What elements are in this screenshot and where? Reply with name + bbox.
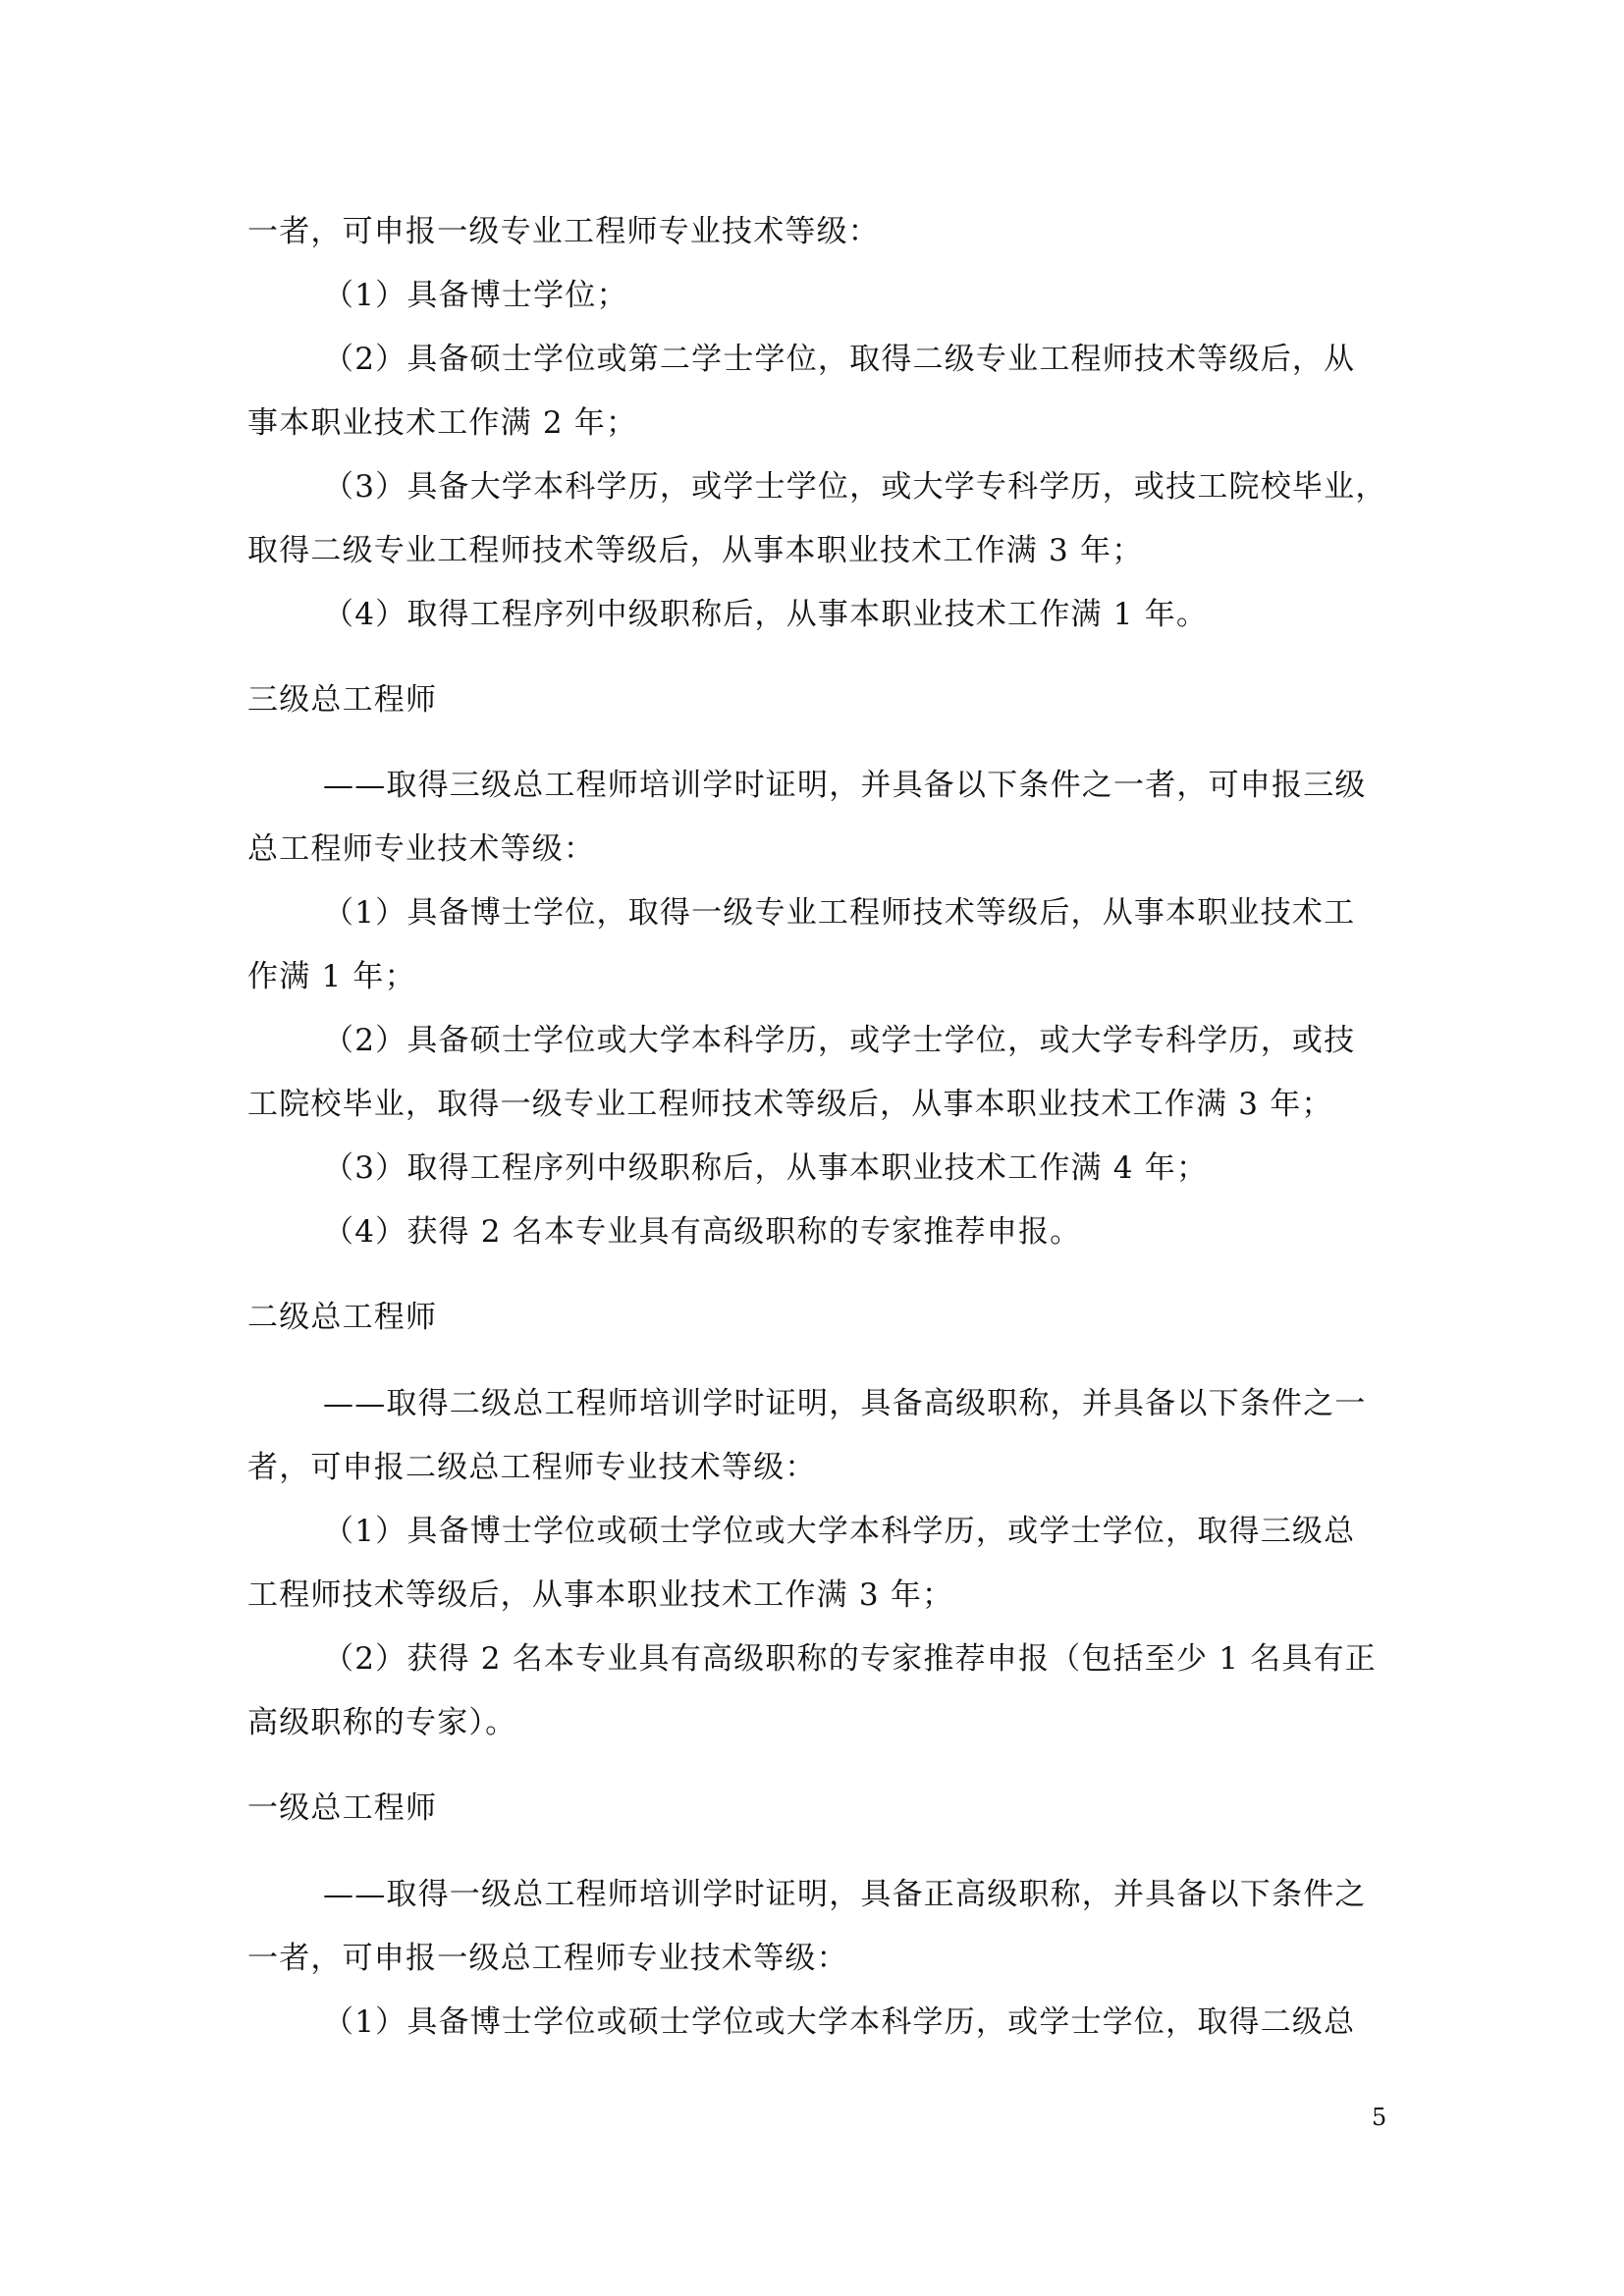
paragraph-line: （2）具备硕士学位或第二学士学位，取得二级专业工程师技术等级后，从: [323, 340, 1355, 379]
paragraph-line: 事本职业技术工作满 2 年；: [247, 403, 637, 443]
paragraph-line: （2）获得 2 名本专业具有高级职称的专家推荐申报（包括至少 1 名具有正: [323, 1639, 1377, 1679]
paragraph-line: ——取得三级总工程师培训学时证明，并具备以下条件之一者，可申报三级: [323, 766, 1367, 805]
paragraph-line: （1）具备博士学位或硕士学位或大学本科学历，或学士学位，取得二级总: [323, 2002, 1355, 2042]
section-heading: 一级总工程师: [247, 1789, 437, 1828]
paragraph-line: （4）获得 2 名本专业具有高级职称的专家推荐申报。: [323, 1212, 1081, 1252]
paragraph-line: 一者，可申报一级总工程师专业技术等级：: [247, 1939, 848, 1978]
paragraph-line: （4）取得工程序列中级职称后，从事本职业技术工作满 1 年。: [323, 595, 1208, 634]
paragraph-line: （3）取得工程序列中级职称后，从事本职业技术工作满 4 年；: [323, 1148, 1208, 1188]
section-heading: 二级总工程师: [247, 1298, 437, 1337]
paragraph-line: 工院校毕业，取得一级专业工程师技术等级后，从事本职业技术工作满 3 年；: [247, 1085, 1333, 1124]
paragraph-line: 取得二级专业工程师技术等级后，从事本职业技术工作满 3 年；: [247, 531, 1143, 570]
paragraph-line: （1）具备博士学位；: [323, 276, 628, 315]
paragraph-line: （1）具备博士学位，取得一级专业工程师技术等级后，从事本职业技术工: [323, 893, 1355, 933]
paragraph-line: （3）具备大学本科学历，或学士学位，或大学专科学历，或技工院校毕业，: [323, 467, 1387, 507]
paragraph-line: ——取得一级总工程师培训学时证明，具备正高级职称，并具备以下条件之: [323, 1875, 1367, 1914]
paragraph-line: （2）具备硕士学位或大学本科学历，或学士学位，或大学专科学历，或技: [323, 1021, 1355, 1060]
page-number: 5: [1372, 2104, 1386, 2131]
paragraph-line: 者，可申报二级总工程师专业技术等级：: [247, 1448, 817, 1487]
paragraph-line: ——取得二级总工程师培训学时证明，具备高级职称，并具备以下条件之一: [323, 1384, 1367, 1423]
paragraph-line: （1）具备博士学位或硕士学位或大学本科学历，或学士学位，取得三级总: [323, 1512, 1355, 1551]
paragraph-line: 作满 1 年；: [247, 957, 416, 996]
paragraph-line: 一者，可申报一级专业工程师专业技术等级：: [247, 212, 880, 251]
paragraph-line: 工程师技术等级后，从事本职业技术工作满 3 年；: [247, 1575, 953, 1615]
paragraph-line: 总工程师专业技术等级：: [247, 829, 595, 869]
section-heading: 三级总工程师: [247, 680, 437, 720]
paragraph-line: 高级职称的专家）。: [247, 1703, 516, 1742]
